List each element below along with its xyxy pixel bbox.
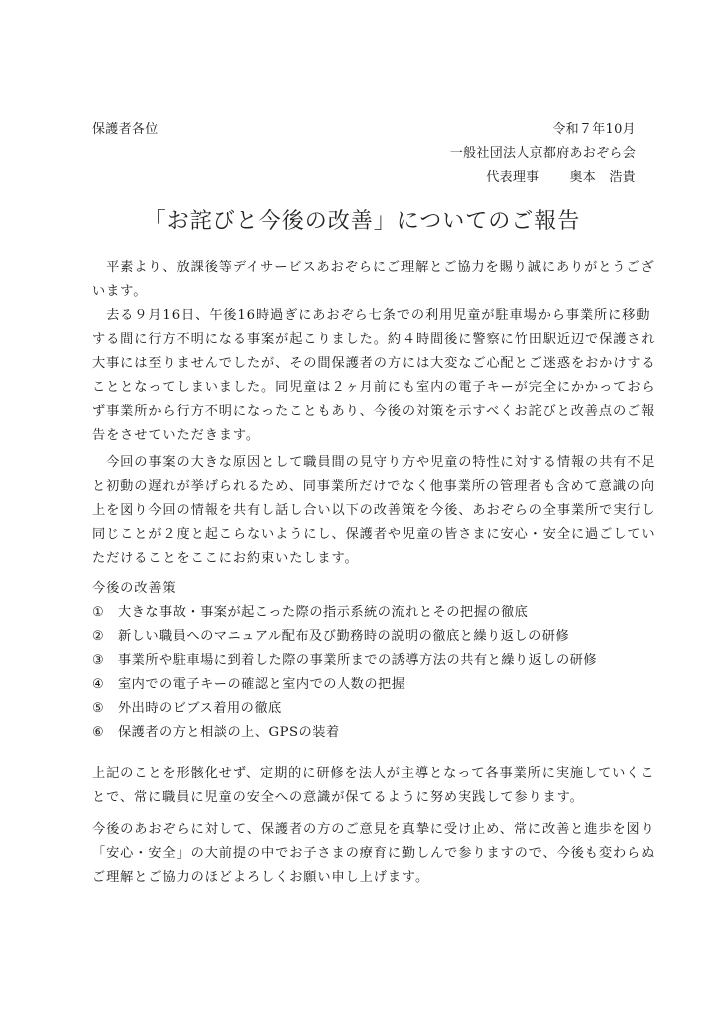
paragraph-line: 上を図り今回の情報を共有し話し合い以下の改善策を今後、あおぞらの全事業所で実行し xyxy=(92,499,624,523)
improvements-section: 今後の改善策 ①大きな事故・事案が起こった際の指示系統の流れとその把握の徹底 ②… xyxy=(92,577,624,745)
paragraph-line: 平素より、放課後等デイサービスあおぞらにご理解とご協力を賜り誠にありがとうござ xyxy=(92,256,624,280)
paragraph-cause: 今回の事案の大きな原因として職員間の見守り方や児童の特性に対する情報の共有不足 … xyxy=(92,451,624,571)
improvement-item: ⑥保護者の方と相談の上、GPSの装着 xyxy=(92,721,624,745)
paragraph-commitment: 上記のことを形骸化せず、定期的に研修を法人が主導となって各事業所に実施していくこ… xyxy=(92,762,624,810)
document-title: 「お詫びと今後の改善」についてのご報告 xyxy=(0,206,724,238)
paragraph-line: ただけることをここにお約束いたします。 xyxy=(92,547,624,571)
signatory: 代表理事奥本 浩貴 xyxy=(486,168,636,188)
improvement-item: ⑤外出時のビブス着用の徹底 xyxy=(92,697,624,721)
paragraph-line: とで、常に職員に児童の安全への意識が保てるように努め実践して参ります。 xyxy=(92,786,624,810)
paragraph-line: 同じことが２度と起こらないようにし、保護者や児童の皆さまに安心・安全に過ごしてい xyxy=(92,523,624,547)
item-text: 保護者の方と相談の上、GPSの装着 xyxy=(118,725,340,740)
item-number: ⑥ xyxy=(92,721,118,745)
signatory-title: 代表理事 xyxy=(486,170,539,185)
paragraph-line: ず事業所から行方不明になったこともあり、今後の対策を示すべくお詫びと改善点のご報 xyxy=(92,400,624,424)
paragraph-line: 去る９月16日、午後16時過ぎにあおぞら七条での利用児童が駐車場から事業所に移動 xyxy=(92,304,624,328)
item-text: 室内での電子キーの確認と室内での人数の把握 xyxy=(118,677,405,692)
improvement-item: ①大きな事故・事案が起こった際の指示系統の流れとその把握の徹底 xyxy=(92,601,624,625)
item-text: 新しい職員へのマニュアル配布及び勤務時の説明の徹底と繰り返しの研修 xyxy=(118,629,569,644)
paragraph-line: 「安心・安全」の大前提の中でお子さまの療育に勤しんで参りますので、今後も変わらぬ xyxy=(92,842,624,866)
item-number: ① xyxy=(92,601,118,625)
paragraph-line: 今後のあおぞらに対して、保護者の方のご意見を真摯に受け止め、常に改善と進歩を図り xyxy=(92,818,624,842)
item-text: 外出時のビブス着用の徹底 xyxy=(118,701,282,716)
item-number: ⑤ xyxy=(92,697,118,721)
paragraph-closing: 今後のあおぞらに対して、保護者の方のご意見を真摯に受け止め、常に改善と進歩を図り… xyxy=(92,818,624,890)
paragraph-line: 大事には至りませんでしたが、その間保護者の方には大変なご心配とご迷惑をおかけする xyxy=(92,352,624,376)
signatory-name: 奥本 浩貴 xyxy=(569,170,636,185)
improvement-item: ②新しい職員へのマニュアル配布及び勤務時の説明の徹底と繰り返しの研修 xyxy=(92,625,624,649)
date-label: 令和７年10月 xyxy=(552,120,636,140)
paragraph-line: います。 xyxy=(92,280,624,304)
paragraph-line: と初動の遅れが挙げられるため、同事業所だけでなく他事業所の管理者も含めて意識の向 xyxy=(92,475,624,499)
improvements-heading: 今後の改善策 xyxy=(92,577,624,601)
paragraph-line: する間に行方不明になる事案が起こりました。約４時間後に警察に竹田駅近辺で保護され xyxy=(92,328,624,352)
paragraph-line: 今回の事案の大きな原因として職員間の見守り方や児童の特性に対する情報の共有不足 xyxy=(92,451,624,475)
document-page: 保護者各位 令和７年10月 一般社団法人京都府あおぞら会 代表理事奥本 浩貴 「… xyxy=(0,0,724,1024)
improvement-item: ④室内での電子キーの確認と室内での人数の把握 xyxy=(92,673,624,697)
paragraph-line: ご理解とご協力のほどよろしくお願い申し上げます。 xyxy=(92,866,624,890)
recipient-label: 保護者各位 xyxy=(92,120,159,140)
organization-name: 一般社団法人京都府あおぞら会 xyxy=(450,144,636,164)
paragraph-line: 告をさせていただきます。 xyxy=(92,424,624,448)
item-number: ② xyxy=(92,625,118,649)
item-text: 事業所や駐車場に到着した際の事業所までの誘導方法の共有と繰り返しの研修 xyxy=(118,653,597,668)
item-number: ③ xyxy=(92,649,118,673)
paragraph-line: 上記のことを形骸化せず、定期的に研修を法人が主導となって各事業所に実施していくこ xyxy=(92,762,624,786)
item-number: ④ xyxy=(92,673,118,697)
item-text: 大きな事故・事案が起こった際の指示系統の流れとその把握の徹底 xyxy=(118,605,528,620)
improvement-item: ③事業所や駐車場に到着した際の事業所までの誘導方法の共有と繰り返しの研修 xyxy=(92,649,624,673)
paragraph-line: こととなってしまいました。同児童は２ヶ月前にも室内の電子キーが完全にかかっておら xyxy=(92,376,624,400)
paragraph-greeting: 平素より、放課後等デイサービスあおぞらにご理解とご協力を賜り誠にありがとうござ … xyxy=(92,256,624,304)
paragraph-incident: 去る９月16日、午後16時過ぎにあおぞら七条での利用児童が駐車場から事業所に移動… xyxy=(92,304,624,448)
